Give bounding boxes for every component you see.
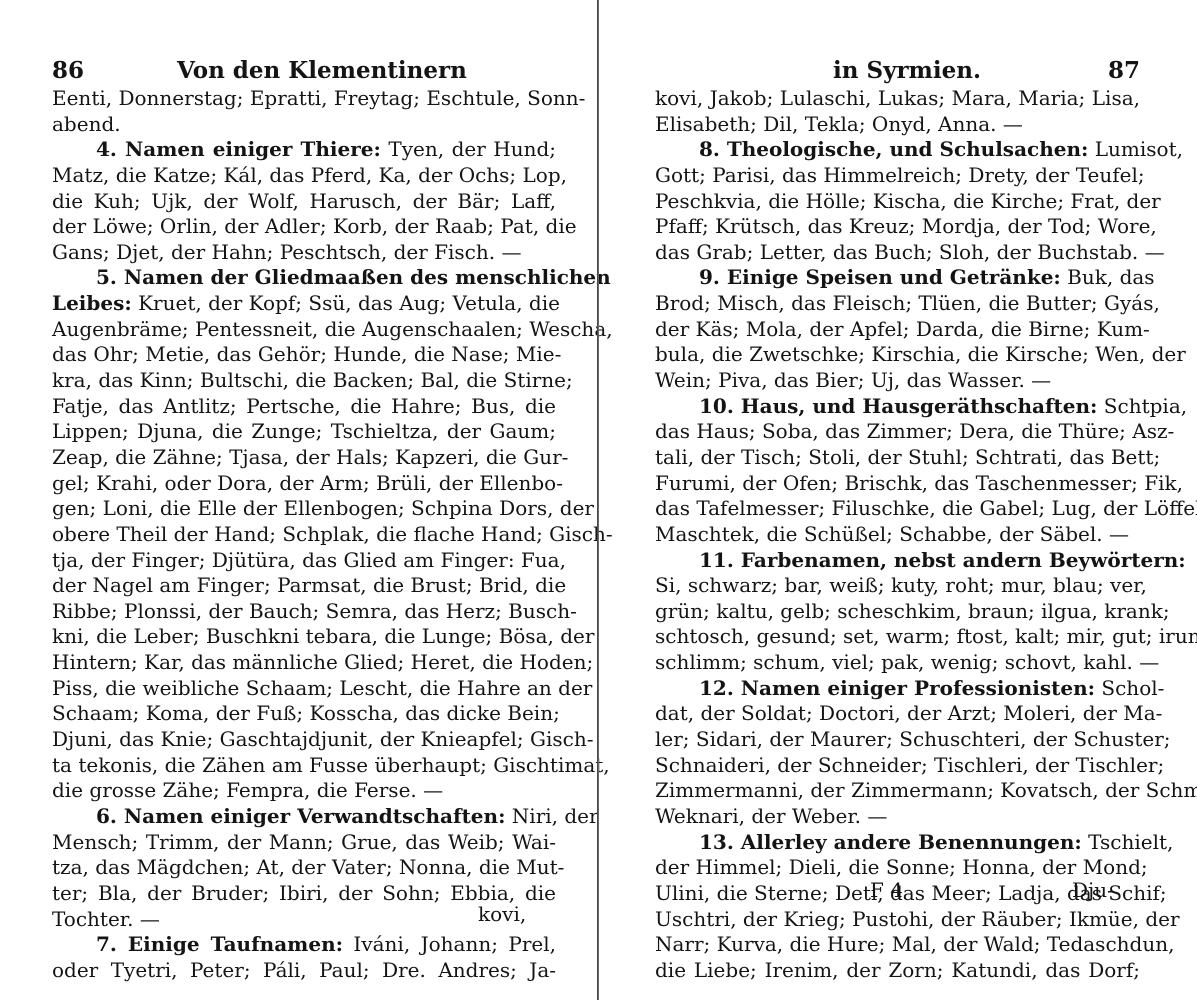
text-line: Zeap, die Zähne; Tjasa, der Hals; Kapzer…	[52, 445, 556, 471]
line-text: Iváni, Johann; Prel,	[343, 932, 556, 956]
text-line: Piss, die weibliche Schaam; Lescht, die …	[52, 676, 556, 702]
line-text: kni, die Leber; Buschkni tebara, die Lun…	[52, 624, 594, 648]
line-text: tja, der Finger; Djütüra, das Glied am F…	[52, 548, 566, 572]
text-line: Djuni, das Knie; Gaschtajdjunit, der Kni…	[52, 727, 556, 753]
line-text: Weknari, der Weber. —	[655, 804, 887, 828]
line-text: Wein; Piva, das Bier; Uj, das Wasser. —	[655, 368, 1051, 392]
section-heading: Leibes:	[52, 291, 132, 315]
line-text: Schnaideri, der Schneider; Tischleri, de…	[655, 753, 1164, 777]
text-line: 8. Theologische, und Schulsachen: Lumiso…	[655, 137, 1140, 163]
line-text: Buk, das	[1061, 265, 1155, 289]
line-text: Schaam; Koma, der Fuß; Kosscha, das dick…	[52, 701, 560, 725]
text-line: die grosse Zähe; Fempra, die Ferse. —	[52, 778, 556, 804]
text-line: obere Theil der Hand; Schplak, die flach…	[52, 522, 556, 548]
line-text: Augenbräme; Pentessneit, die Augenschaal…	[52, 317, 613, 341]
text-line: Brod; Misch, das Fleisch; Tlüen, die But…	[655, 291, 1140, 317]
text-line: Schaam; Koma, der Fuß; Kosscha, das dick…	[52, 701, 556, 727]
line-text: Ribbe; Plonssi, der Bauch; Semra, das He…	[52, 599, 577, 623]
text-line: Wein; Piva, das Bier; Uj, das Wasser. —	[655, 368, 1140, 394]
section-heading: 9. Einige Speisen und Getränke:	[699, 265, 1061, 289]
right-page-header: in Syrmien. 87	[640, 56, 1140, 86]
line-text: ler; Sidari, der Maurer; Schuschteri, de…	[655, 727, 1171, 751]
line-text: Kruet, der Kopf; Ssü, das Aug; Vetula, d…	[132, 291, 560, 315]
line-text: Uschtri, der Krieg; Pustohi, der Räuber;…	[655, 907, 1180, 931]
text-line: kovi, Jakob; Lulaschi, Lukas; Mara, Mari…	[655, 86, 1140, 112]
line-text: das Ohr; Metie, das Gehör; Hunde, die Na…	[52, 342, 561, 366]
line-text: Djuni, das Knie; Gaschtajdjunit, der Kni…	[52, 727, 593, 751]
left-page-body: Eenti, Donnerstag; Epratti, Freytag; Esc…	[52, 86, 556, 983]
catchword: Dju-	[1072, 878, 1114, 902]
text-line: 13. Allerley andere Benennungen: Tschiel…	[655, 830, 1140, 856]
line-text: Hintern; Kar, das männliche Glied; Heret…	[52, 650, 593, 674]
text-line: Hintern; Kar, das männliche Glied; Heret…	[52, 650, 556, 676]
section-heading: 4. Namen einiger Thiere:	[96, 137, 381, 161]
line-text: Schtpia,	[1097, 394, 1187, 418]
line-text: gen; Loni, die Elle der Ellenbogen; Schp…	[52, 496, 594, 520]
signature-mark: F 4	[870, 878, 903, 902]
line-text: Schol-	[1095, 676, 1164, 700]
line-text: der Löwe; Orlin, der Adler; Korb, der Ra…	[52, 214, 577, 238]
text-line: 11. Farbenamen, nebst andern Beywörtern:	[655, 548, 1140, 574]
line-text: Piss, die weibliche Schaam; Lescht, die …	[52, 676, 592, 700]
text-line: gen; Loni, die Elle der Ellenbogen; Schp…	[52, 496, 556, 522]
text-line: das Tafelmesser; Filuschke, die Gabel; L…	[655, 496, 1140, 522]
text-line: Schnaideri, der Schneider; Tischleri, de…	[655, 753, 1140, 779]
line-text: grün; kaltu, gelb; scheschkim, braun; il…	[655, 599, 1170, 623]
text-line: das Grab; Letter, das Buch; Sloh, der Bu…	[655, 240, 1140, 266]
line-text: Maschtek, die Schüßel; Schabbe, der Säbe…	[655, 522, 1129, 546]
text-line: Pfaff; Krütsch, das Kreuz; Mordja, der T…	[655, 214, 1140, 240]
line-text: Gott; Parisi, das Himmelreich; Drety, de…	[655, 163, 1145, 187]
catchword: kovi,	[478, 902, 526, 926]
text-line: Si, schwarz; bar, weiß; kuty, roht; mur,…	[655, 573, 1140, 599]
text-line: Peschkvia, die Hölle; Kischa, die Kirche…	[655, 189, 1140, 215]
line-text: Lumisot,	[1088, 137, 1183, 161]
line-text: Zimmermanni, der Zimmermann; Kovatsch, d…	[655, 778, 1197, 802]
text-line: Eenti, Donnerstag; Epratti, Freytag; Esc…	[52, 86, 556, 112]
left-page-header: 86 Von den Klementinern	[52, 56, 552, 86]
text-line: tja, der Finger; Djütüra, das Glied am F…	[52, 548, 556, 574]
text-line: 5. Namen der Gliedmaaßen des menschliche…	[52, 265, 556, 291]
line-text: Tochter. —	[52, 907, 160, 931]
text-line: Gans; Djet, der Hahn; Peschtsch, der Fis…	[52, 240, 556, 266]
line-text: die grosse Zähe; Fempra, die Ferse. —	[52, 778, 443, 802]
line-text: Narr; Kurva, die Hure; Mal, der Wald; Te…	[655, 932, 1174, 956]
section-heading: 5. Namen der Gliedmaaßen des menschliche…	[96, 265, 611, 289]
text-line: Lippen; Djuna, die Zunge; Tschieltza, de…	[52, 419, 556, 445]
text-line: Uschtri, der Krieg; Pustohi, der Räuber;…	[655, 907, 1140, 933]
line-text: dat, der Soldat; Doctori, der Arzt; Mole…	[655, 701, 1162, 725]
line-text: abend.	[52, 112, 121, 136]
text-line: dat, der Soldat; Doctori, der Arzt; Mole…	[655, 701, 1140, 727]
section-heading: 8. Theologische, und Schulsachen:	[699, 137, 1088, 161]
text-line: tza, das Mägdchen; At, der Vater; Nonna,…	[52, 855, 556, 881]
text-line: schlimm; schum, viel; pak, wenig; schovt…	[655, 650, 1140, 676]
section-heading: 12. Namen einiger Professionisten:	[699, 676, 1095, 700]
line-text: Gans; Djet, der Hahn; Peschtsch, der Fis…	[52, 240, 521, 264]
line-text: der Himmel; Dieli, die Sonne; Honna, der…	[655, 855, 1148, 879]
line-text: ta tekonis, die Zähen am Fusse überhaupt…	[52, 753, 610, 777]
page-number: 86	[52, 56, 84, 86]
line-text: Matz, die Katze; Kál, das Pferd, Ka, der…	[52, 163, 567, 187]
text-line: das Ohr; Metie, das Gehör; Hunde, die Na…	[52, 342, 556, 368]
line-text: Brod; Misch, das Fleisch; Tlüen, die But…	[655, 291, 1160, 315]
line-text: Si, schwarz; bar, weiß; kuty, roht; mur,…	[655, 573, 1147, 597]
text-line: Fatje, das Antlitz; Pertsche, die Hahre;…	[52, 394, 556, 420]
running-title: in Syrmien.	[833, 56, 981, 86]
line-text: der Käs; Mola, der Apfel; Darda, die Bir…	[655, 317, 1150, 341]
text-line: Narr; Kurva, die Hure; Mal, der Wald; Te…	[655, 932, 1140, 958]
text-line: Elisabeth; Dil, Tekla; Onyd, Anna. —	[655, 112, 1140, 138]
text-line: 4. Namen einiger Thiere: Tyen, der Hund;	[52, 137, 556, 163]
section-heading: 7. Einige Taufnamen:	[96, 932, 343, 956]
line-text: Tyen, der Hund;	[381, 137, 556, 161]
line-text: der Nagel am Finger; Parmsat, die Brust;…	[52, 573, 566, 597]
line-text: Zeap, die Zähne; Tjasa, der Hals; Kapzer…	[52, 445, 568, 469]
line-text: tali, der Tisch; Stoli, der Stuhl; Schtr…	[655, 445, 1160, 469]
text-line: der Käs; Mola, der Apfel; Darda, die Bir…	[655, 317, 1140, 343]
section-heading: 10. Haus, und Hausgeräthschaften:	[699, 394, 1097, 418]
left-page: 86 Von den Klementinern Eenti, Donnersta…	[0, 0, 598, 1000]
line-text: kovi, Jakob; Lulaschi, Lukas; Mara, Mari…	[655, 86, 1140, 110]
section-heading: 11. Farbenamen, nebst andern Beywörtern:	[699, 548, 1186, 572]
line-text: kra, das Kinn; Bultschi, die Backen; Bal…	[52, 368, 573, 392]
text-line: die Kuh; Ujk, der Wolf, Harusch, der Bär…	[52, 189, 556, 215]
text-line: Maschtek, die Schüßel; Schabbe, der Säbe…	[655, 522, 1140, 548]
text-line: ta tekonis, die Zähen am Fusse überhaupt…	[52, 753, 556, 779]
text-line: Gott; Parisi, das Himmelreich; Drety, de…	[655, 163, 1140, 189]
line-text: Elisabeth; Dil, Tekla; Onyd, Anna. —	[655, 112, 1023, 136]
text-line: abend.	[52, 112, 556, 138]
line-text: die Kuh; Ujk, der Wolf, Harusch, der Bär…	[52, 189, 556, 213]
text-line: Leibes: Kruet, der Kopf; Ssü, das Aug; V…	[52, 291, 556, 317]
text-line: Ribbe; Plonssi, der Bauch; Semra, das He…	[52, 599, 556, 625]
running-title: Von den Klementinern	[177, 56, 467, 86]
line-text: schlimm; schum, viel; pak, wenig; schovt…	[655, 650, 1159, 674]
page-number: 87	[1108, 56, 1140, 86]
text-line: Mensch; Trimm, der Mann; Grue, das Weib;…	[52, 830, 556, 856]
text-line: bula, die Zwetschke; Kirschia, die Kirsc…	[655, 342, 1140, 368]
line-text: oder Tyetri, Peter; Páli, Paul; Dre. And…	[52, 958, 556, 982]
text-line: das Haus; Soba, das Zimmer; Dera, die Th…	[655, 419, 1140, 445]
text-line: die Liebe; Irenim, der Zorn; Katundi, da…	[655, 958, 1140, 984]
line-text: obere Theil der Hand; Schplak, die flach…	[52, 522, 613, 546]
text-line: Augenbräme; Pentessneit, die Augenschaal…	[52, 317, 556, 343]
text-line: Matz, die Katze; Kál, das Pferd, Ka, der…	[52, 163, 556, 189]
line-text: Lippen; Djuna, die Zunge; Tschieltza, de…	[52, 419, 556, 443]
section-heading: 13. Allerley andere Benennungen:	[699, 830, 1082, 854]
text-line: 9. Einige Speisen und Getränke: Buk, das	[655, 265, 1140, 291]
page-gutter	[597, 0, 599, 1000]
line-text: das Tafelmesser; Filuschke, die Gabel; L…	[655, 496, 1197, 520]
text-line: oder Tyetri, Peter; Páli, Paul; Dre. And…	[52, 958, 556, 984]
text-line: 12. Namen einiger Professionisten: Schol…	[655, 676, 1140, 702]
line-text: das Haus; Soba, das Zimmer; Dera, die Th…	[655, 419, 1174, 443]
text-line: 10. Haus, und Hausgeräthschaften: Schtpi…	[655, 394, 1140, 420]
text-line: kni, die Leber; Buschkni tebara, die Lun…	[52, 624, 556, 650]
line-text: Peschkvia, die Hölle; Kischa, die Kirche…	[655, 189, 1161, 213]
text-line: Zimmermanni, der Zimmermann; Kovatsch, d…	[655, 778, 1140, 804]
text-line: Furumi, der Ofen; Brischk, das Taschenme…	[655, 471, 1140, 497]
text-line: der Himmel; Dieli, die Sonne; Honna, der…	[655, 855, 1140, 881]
line-text: Mensch; Trimm, der Mann; Grue, das Weib;…	[52, 830, 556, 854]
line-text: Eenti, Donnerstag; Epratti, Freytag; Esc…	[52, 86, 585, 110]
text-line: kra, das Kinn; Bultschi, die Backen; Bal…	[52, 368, 556, 394]
line-text: das Grab; Letter, das Buch; Sloh, der Bu…	[655, 240, 1165, 264]
text-line: tali, der Tisch; Stoli, der Stuhl; Schtr…	[655, 445, 1140, 471]
line-text: tza, das Mägdchen; At, der Vater; Nonna,…	[52, 855, 564, 879]
text-line: Weknari, der Weber. —	[655, 804, 1140, 830]
line-text: schtosch, gesund; set, warm; ftost, kalt…	[655, 624, 1197, 648]
line-text: gel; Krahi, oder Dora, der Arm; Brüli, d…	[52, 471, 563, 495]
text-line: ler; Sidari, der Maurer; Schuschteri, de…	[655, 727, 1140, 753]
line-text: Furumi, der Ofen; Brischk, das Taschenme…	[655, 471, 1183, 495]
line-text: bula, die Zwetschke; Kirschia, die Kirsc…	[655, 342, 1186, 366]
text-line: der Nagel am Finger; Parmsat, die Brust;…	[52, 573, 556, 599]
line-text: Pfaff; Krütsch, das Kreuz; Mordja, der T…	[655, 214, 1157, 238]
line-text: Fatje, das Antlitz; Pertsche, die Hahre;…	[52, 394, 556, 418]
line-text: die Liebe; Irenim, der Zorn; Katundi, da…	[655, 958, 1140, 982]
section-heading: 6. Namen einiger Verwandtschaften:	[96, 804, 505, 828]
line-text: Tschielt,	[1082, 830, 1174, 854]
text-line: der Löwe; Orlin, der Adler; Korb, der Ra…	[52, 214, 556, 240]
text-line: 6. Namen einiger Verwandtschaften: Niri,…	[52, 804, 556, 830]
text-line: schtosch, gesund; set, warm; ftost, kalt…	[655, 624, 1140, 650]
line-text: Niri, der	[505, 804, 598, 828]
text-line: 7. Einige Taufnamen: Iváni, Johann; Prel…	[52, 932, 556, 958]
text-line: grün; kaltu, gelb; scheschkim, braun; il…	[655, 599, 1140, 625]
right-page-body: kovi, Jakob; Lulaschi, Lukas; Mara, Mari…	[655, 86, 1140, 983]
book-spread: 86 Von den Klementinern Eenti, Donnersta…	[0, 0, 1197, 1000]
text-line: gel; Krahi, oder Dora, der Arm; Brüli, d…	[52, 471, 556, 497]
